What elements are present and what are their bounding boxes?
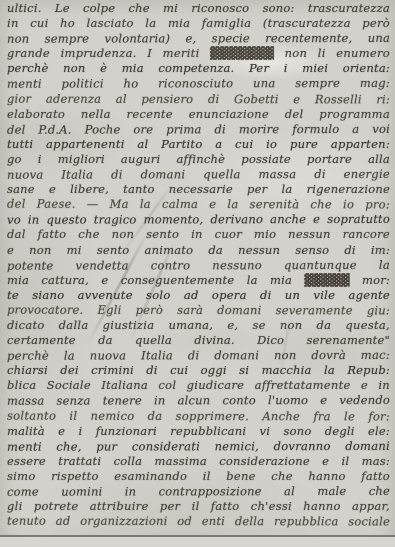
manuscript-line: menti politici ho riconosciuto una sempr… — [7, 76, 390, 92]
manuscript-line: tutti appartenenti al Partito a cui io p… — [7, 137, 390, 152]
scanned-letter-page: ultici. Le colpe che mi riconosco sono: … — [0, 0, 395, 547]
manuscript-line: elaborato nella recente enunciazione del… — [7, 107, 390, 122]
manuscript-line: dal fatto che non sento in cuor mio ness… — [7, 227, 390, 242]
manuscript-line: soltanto il nemico da sopprimere. Anche … — [7, 408, 390, 424]
manuscript-line: in cui ho lasciato la mia famiglia (tras… — [7, 16, 390, 31]
scan-bottom-margin — [0, 537, 395, 547]
manuscript-line: tenuto ad organizzazioni od enti della r… — [7, 514, 390, 530]
manuscript-line: te siano avvenute solo ad opera di un vi… — [7, 288, 390, 303]
manuscript-line: ultici. Le colpe che mi riconosco sono: … — [7, 1, 390, 16]
manuscript-line: del P.d.A. Poche ore prima di morire for… — [7, 122, 390, 138]
manuscript-line: dicato dalla giustizia umana, e, se non … — [7, 318, 390, 333]
manuscript-line: simo rispetto esaminando il bene che han… — [7, 469, 390, 484]
manuscript-line: blica Sociale Italiana col giudicare aff… — [7, 378, 390, 393]
manuscript-line: gli potrete attribuire per il fatto ch'e… — [7, 499, 390, 514]
manuscript-line: perchè la nuova Italia di domani non dov… — [7, 348, 390, 364]
handwritten-text-block: ultici. Le colpe che mi riconosco sono: … — [0, 1, 395, 529]
manuscript-line: chiarsi dei crimini di cui oggi si macch… — [7, 363, 390, 378]
manuscript-line: sane e libere, tanto necessarie per la r… — [7, 182, 390, 197]
manuscript-line: go i migliori auguri affinchè possiate p… — [7, 152, 390, 167]
manuscript-line: non sempre volontaria) e, specie recente… — [7, 31, 390, 47]
manuscript-line: e non mi sento animato da nessun senso d… — [7, 243, 390, 258]
manuscript-line: malità e i funzionari repubblicani vi so… — [7, 424, 390, 439]
manuscript-line: potente vendetta contro nessuno quantunq… — [7, 257, 390, 273]
manuscript-line: massa senza tenere in alcun conto l'uomo… — [7, 393, 390, 409]
manuscript-line: grande imprudenza. I meriti ▓▓▓▓▓▓▓ non … — [7, 46, 390, 61]
manuscript-line: mia cattura, e conseguentemente la mia ▓… — [7, 273, 390, 288]
manuscript-line: gior aderenza al pensiero di Gobetti e R… — [7, 91, 390, 107]
manuscript-line: menti che, pur considerati nemici, dovra… — [7, 439, 390, 455]
manuscript-line: come uomini in contrapposizione al male … — [7, 484, 390, 500]
manuscript-line: certamente da quella divina. Dico serena… — [7, 333, 390, 348]
manuscript-line: nuova Italia di domani quella massa di e… — [7, 167, 390, 183]
manuscript-line: essere trattati colla massima consideraz… — [7, 454, 390, 469]
manuscript-line: perchè non è mia competenza. Per i miei … — [7, 61, 390, 76]
manuscript-line: vo in questo tragico momento, derivano a… — [7, 212, 390, 228]
manuscript-line: provocatore. Egli però sarà domani sever… — [7, 302, 390, 318]
manuscript-line: del Paese. — Ma la calma e la serenità c… — [7, 197, 390, 213]
